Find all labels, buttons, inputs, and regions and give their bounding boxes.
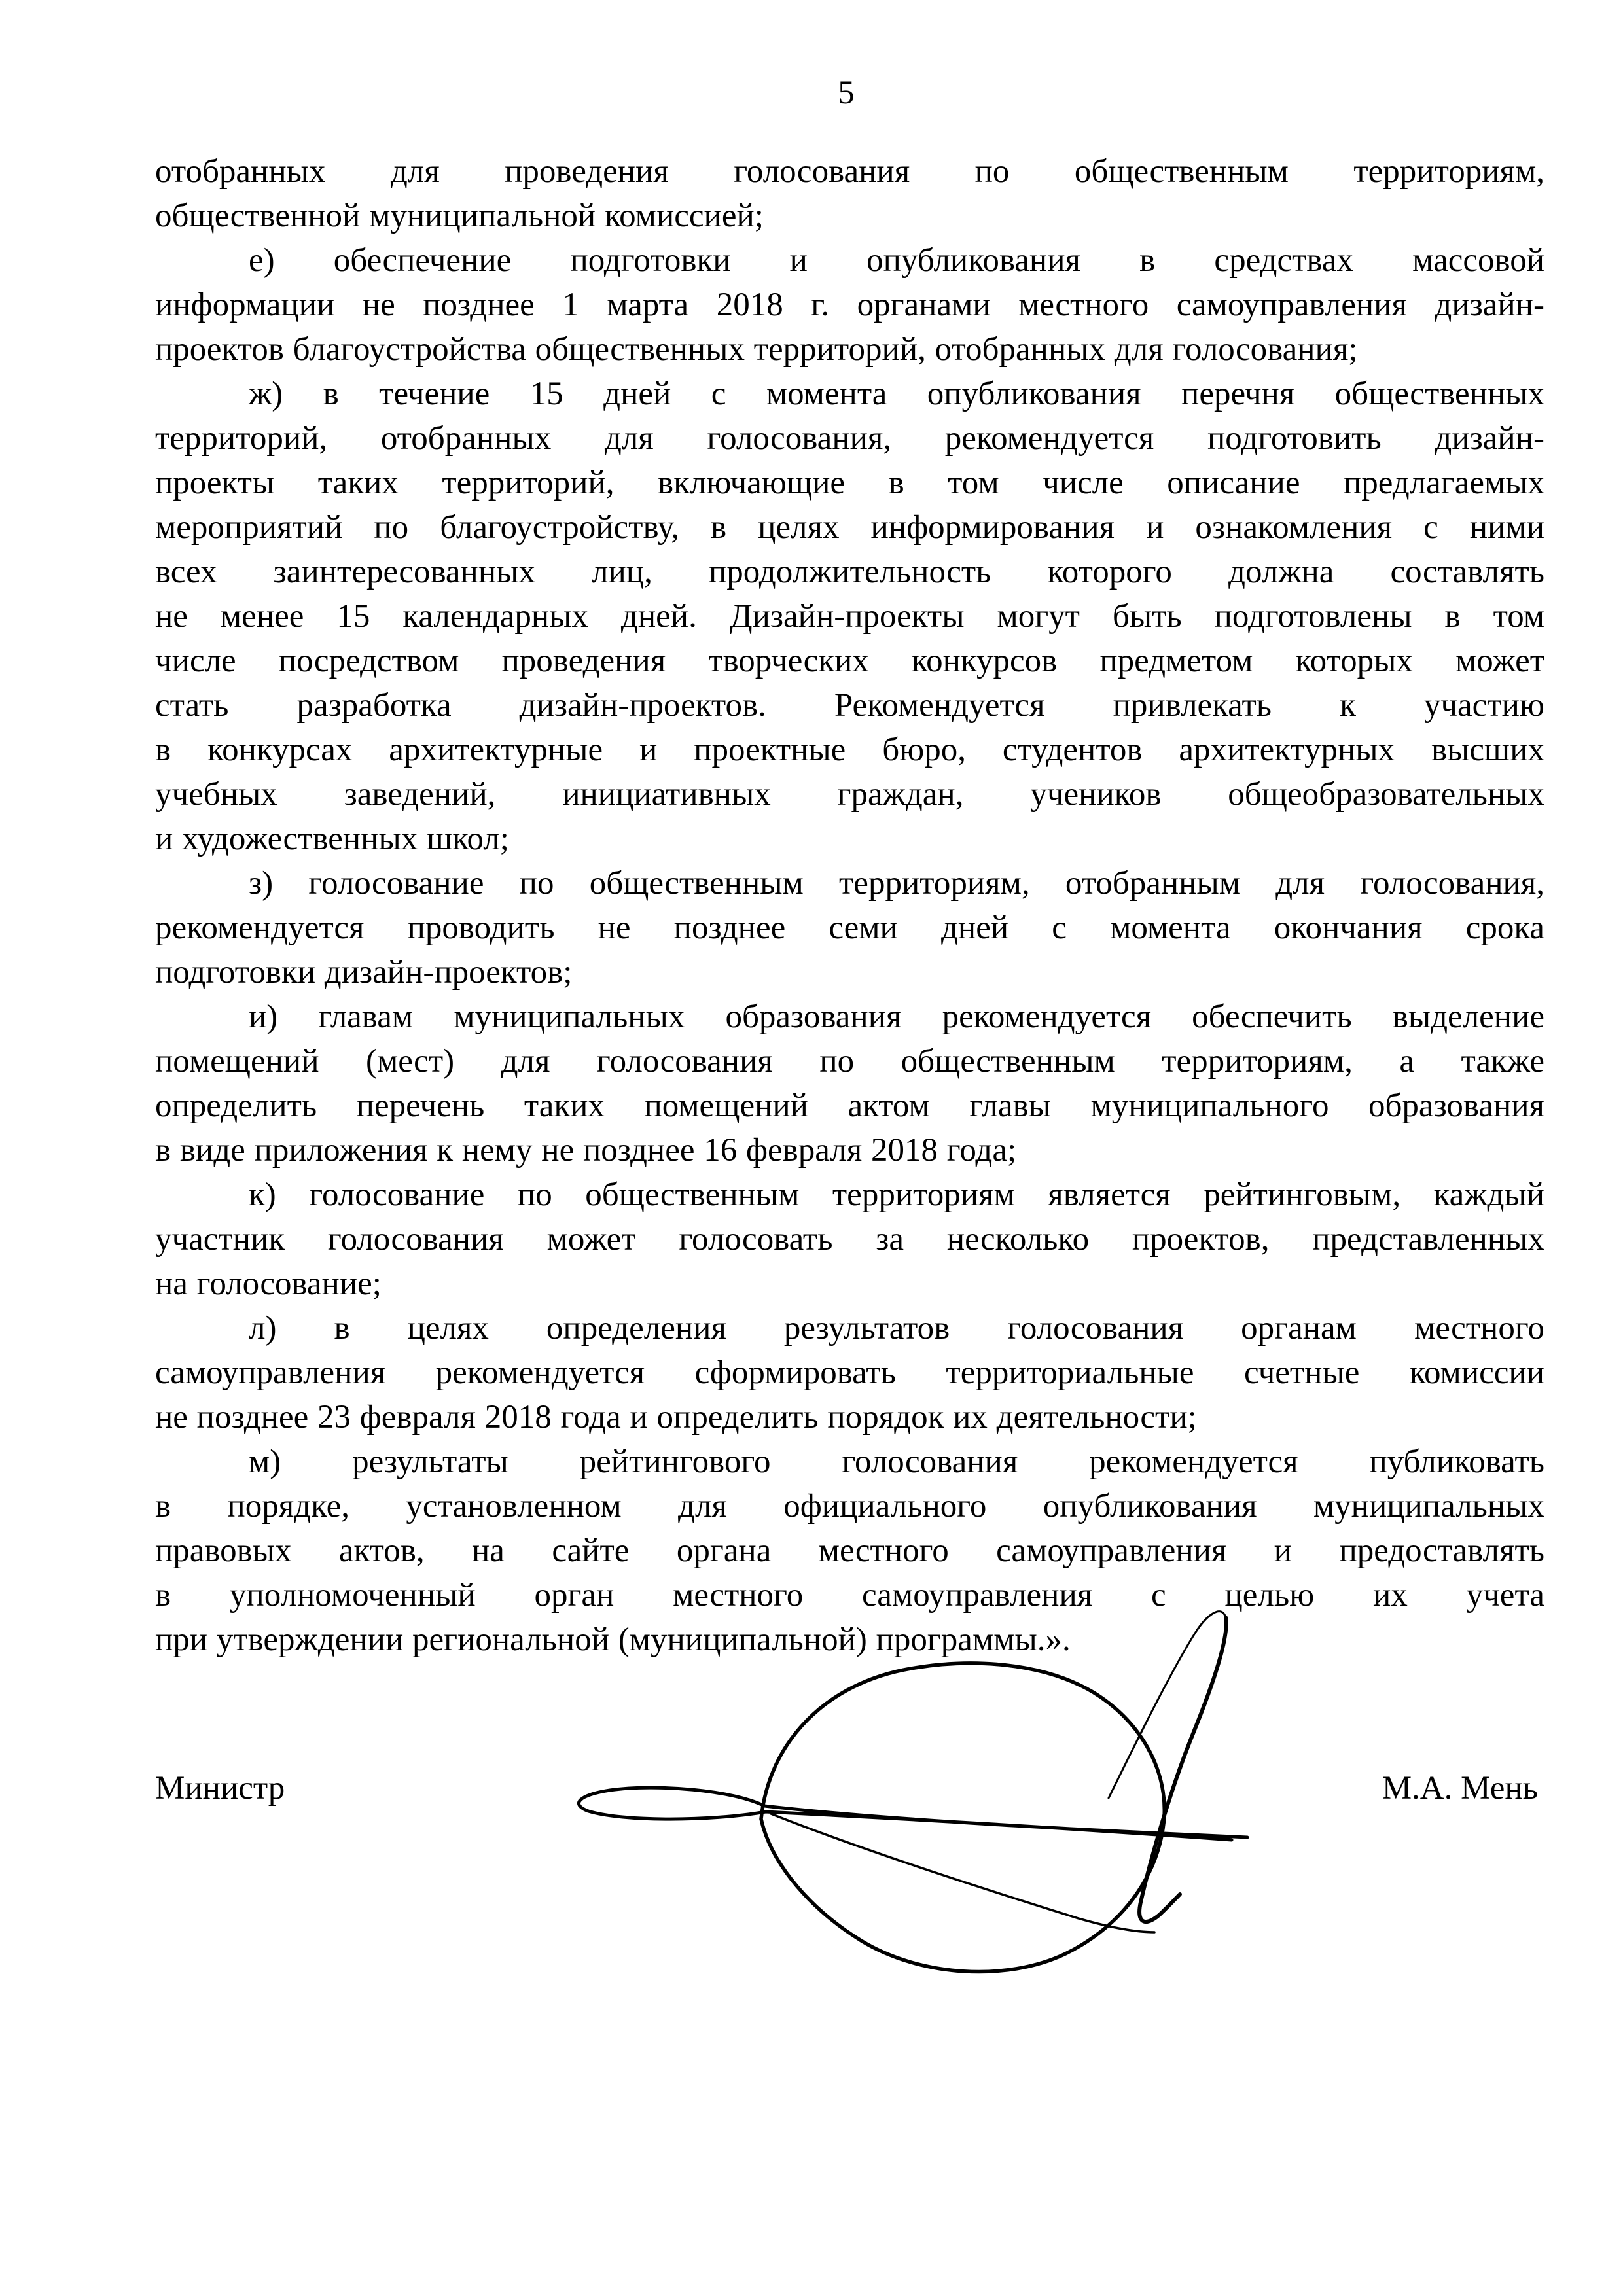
text-line: и) главам муниципальных образования реко… [155,995,1544,1039]
text-line: правовых актов, на сайте органа местного… [155,1528,1544,1573]
text-line: самоуправления рекомендуется сформироват… [155,1351,1544,1395]
text-line: стать разработка дизайн-проектов. Рекоме… [155,683,1544,728]
text-line: информации не позднее 1 марта 2018 г. ор… [155,283,1544,327]
text-line: общественной муниципальной комиссией; [155,194,1544,238]
text-line: всех заинтересованных лиц, продолжительн… [155,550,1544,594]
text-line: в виде приложения к нему не позднее 16 ф… [155,1128,1544,1173]
signature-upstroke [1109,1612,1226,1798]
text-line: не менее 15 календарных дней. Дизайн-про… [155,594,1544,639]
text-line: рекомендуется проводить не позднее семи … [155,906,1544,950]
document-page: 5 отобранных для проведения голосования … [0,0,1623,2296]
text-line: в порядке, установленном для официальног… [155,1484,1544,1528]
text-line: подготовки дизайн-проектов; [155,950,1544,995]
text-line: на голосование; [155,1262,1544,1306]
minister-name: М.А. Мень [1382,1769,1538,1808]
text-line: л) в целях определения результатов голос… [155,1306,1544,1351]
text-line: территорий, отобранных для голосования, … [155,416,1544,461]
signature-horizontal-stroke [579,1788,1247,1840]
text-line: учебных заведений, инициативных граждан,… [155,772,1544,817]
document-body: отобранных для проведения голосования по… [155,149,1544,1662]
text-line: и художественных школ; [155,817,1544,861]
text-line: участник голосования может голосовать за… [155,1217,1544,1262]
signature-downstroke [1139,1617,1226,1922]
text-line: в конкурсах архитектурные и проектные бю… [155,728,1544,772]
text-line: помещений (мест) для голосования по обще… [155,1039,1544,1084]
page-number: 5 [35,73,1623,113]
minister-title: Министр [155,1769,285,1808]
text-line: числе посредством проведения творческих … [155,639,1544,683]
text-line: ж) в течение 15 дней с момента опубликов… [155,372,1544,416]
text-line: м) результаты рейтингового голосования р… [155,1439,1544,1484]
text-line: проектов благоустройства общественных те… [155,327,1544,372]
text-line: е) обеспечение подготовки и опубликовани… [155,238,1544,283]
signature [563,1583,1257,1989]
text-line: з) голосование по общественным территори… [155,861,1544,906]
text-line: к) голосование по общественным территори… [155,1173,1544,1217]
text-line: проекты таких территорий, включающие в т… [155,461,1544,505]
text-line: определить перечень таких помещений акто… [155,1084,1544,1128]
text-line: не позднее 23 февраля 2018 года и опреде… [155,1395,1544,1439]
text-line: мероприятий по благоустройству, в целях … [155,505,1544,550]
text-line: отобранных для проведения голосования по… [155,149,1544,194]
